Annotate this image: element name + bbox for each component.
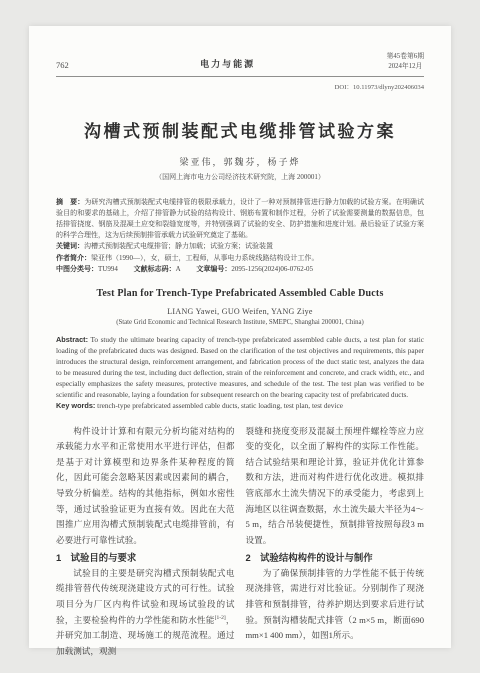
abstract-text-en: To study the ultimate bearing capacity o… (56, 335, 424, 399)
keywords-label-cn: 关键词： (56, 243, 84, 250)
section-2-heading: 2 试验结构构件的设计与制作 (246, 549, 425, 566)
section-1-paragraph-continued: 裂缝和挠度变形及混凝土预埋件螺栓等应力应变的变化，以全面了解构件的实际工作性能。… (246, 424, 425, 549)
issue-date: 2024年12月 (388, 63, 422, 70)
article-id-value: 2095-1256(2024)06-0762-05 (231, 265, 313, 273)
affiliation-en: (State Grid Economic and Technical Resea… (56, 319, 424, 326)
journal-header: 762 电力与能源 第45卷第6期 2024年12月 (56, 52, 424, 77)
body-columns: 构件设计计算和有限元分析均能对结构的承载能力水平和正常使用水平进行评估，但都是基… (56, 424, 424, 660)
authors-cn: 梁亚伟，郭魏芬，杨子烨 (56, 155, 424, 168)
issue-info: 第45卷第6期 2024年12月 (387, 52, 424, 72)
abstract-en: Abstract: To study the ultimate bearing … (56, 334, 424, 400)
doi: DOI：10.11973/dlyny202406034 (56, 81, 424, 91)
clc-value: TU994 (98, 265, 118, 273)
paper-title-cn: 沟槽式预制装配式电缆排管试验方案 (56, 117, 424, 142)
clc-label: 中图分类号： (56, 266, 98, 273)
left-column: 构件设计计算和有限元分析均能对结构的承载能力水平和正常使用水平进行评估，但都是基… (56, 424, 235, 660)
abstract-block-cn: 摘 要：为研究沟槽式预制装配式电缆排管的极限承载力，设计了一种对预制排管进行静力… (56, 197, 424, 275)
section-1-heading: 1 试验目的与要求 (56, 549, 235, 566)
abstract-label-en: Abstract: (56, 335, 88, 344)
paper-title-en: Test Plan for Trench-Type Prefabricated … (56, 288, 424, 299)
issue-volume: 第45卷第6期 (387, 53, 424, 60)
page-number: 762 (56, 60, 69, 72)
paper-page: 762 电力与能源 第45卷第6期 2024年12月 DOI：10.11973/… (29, 26, 451, 648)
keywords-en: Key words: trench-type prefabricated ass… (56, 400, 424, 411)
authors-en: LIANG Yawei, GUO Weifen, YANG Ziye (56, 307, 424, 316)
abstract-text-cn: 为研究沟槽式预制装配式电缆排管的极限承载力，设计了一种对预制排管进行静力加载的试… (56, 198, 424, 240)
classification-line: 中图分类号：TU994 文献标志码：A 文章编号：2095-1256(2024)… (56, 264, 424, 275)
keywords-text-en: trench-type prefabricated assembled cabl… (97, 401, 343, 410)
doc-code-label: 文献标志码： (134, 266, 176, 273)
journal-name: 电力与能源 (200, 57, 255, 72)
doc-code-value: A (176, 265, 181, 273)
right-column: 裂缝和挠度变形及混凝土预埋件螺栓等应力应变的变化，以全面了解构件的实际工作性能。… (246, 424, 425, 660)
author-bio-label: 作者简介： (56, 255, 91, 262)
article-id-label: 文章编号： (196, 266, 231, 273)
keywords-cn: 关键词：沟槽式预制装配式电缆排管；静力加载；试验方案；试验装置 (56, 241, 424, 252)
affiliation-cn: （国网上海市电力公司经济技术研究院，上海 200001） (56, 172, 424, 182)
abstract-block-en: Abstract: To study the ultimate bearing … (56, 334, 424, 412)
abstract-label-cn: 摘 要： (56, 199, 84, 206)
section-2-paragraph: 为了确保预制排管的力学性能不低于传统现浇排管，需进行对比验证。分别制作了现浇排管… (246, 566, 425, 644)
intro-paragraph: 构件设计计算和有限元分析均能对结构的承载能力水平和正常使用水平进行评估，但都是基… (56, 424, 235, 549)
keywords-label-en: Key words: (56, 401, 95, 410)
reference-marker: [1-2] (215, 615, 226, 621)
author-bio-text: 梁亚伟（1990—），女，硕士，工程师，从事电力系统线路结构设计工作。 (91, 254, 319, 262)
abstract-cn: 摘 要：为研究沟槽式预制装配式电缆排管的极限承载力，设计了一种对预制排管进行静力… (56, 197, 424, 242)
keywords-text-cn: 沟槽式预制装配式电缆排管；静力加载；试验方案；试验装置 (84, 242, 273, 250)
author-bio: 作者简介：梁亚伟（1990—），女，硕士，工程师，从事电力系统线路结构设计工作。 (56, 253, 424, 264)
section-1-paragraph: 试验目的主要是研究沟槽式预制装配式电缆排管替代传统现浇建设方式的可行性。试验项目… (56, 566, 235, 660)
